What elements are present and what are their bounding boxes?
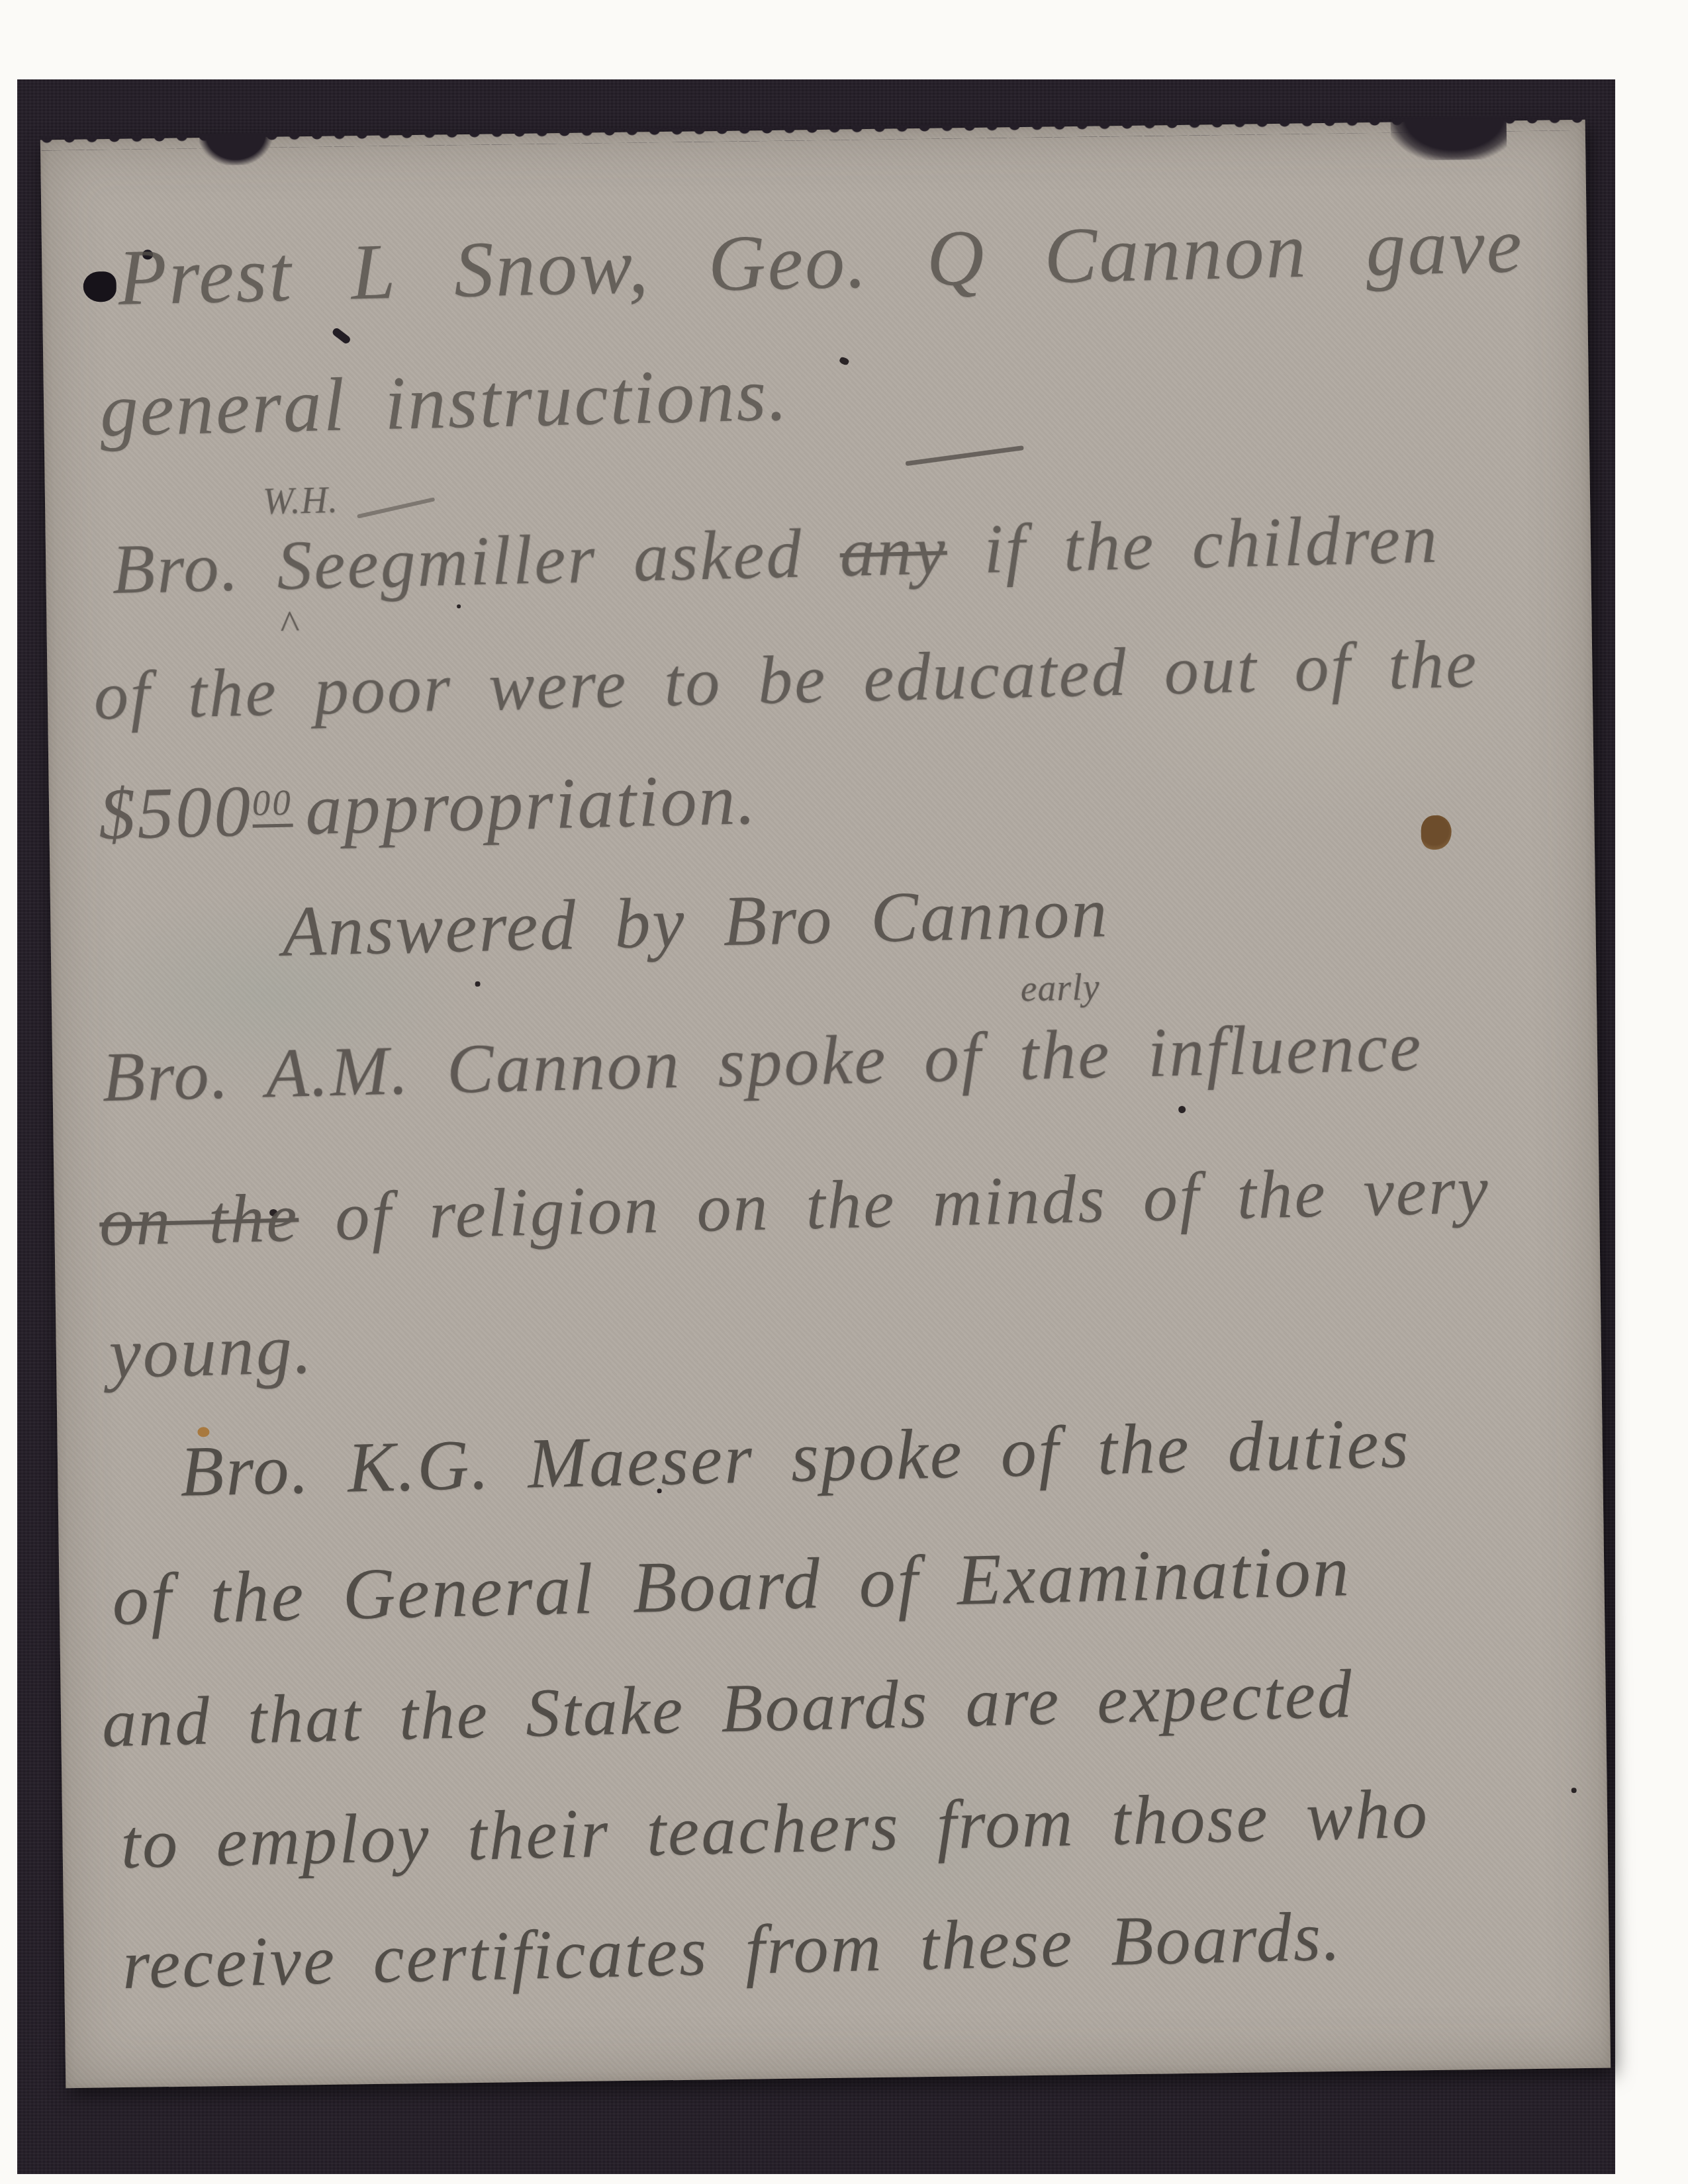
handwritten-line-14: receive certificates from these Boards.	[122, 1901, 1343, 2000]
line-3-name: Seegmiller asked	[276, 514, 804, 604]
paper-speck	[457, 604, 461, 608]
line-8-rest: of religion on the minds of the very	[334, 1152, 1491, 1255]
line-3-bro: Bro.	[111, 527, 241, 608]
paper-speck	[1571, 1788, 1577, 1793]
line-3-rest: if the children	[983, 500, 1440, 588]
ink-blot	[83, 271, 117, 302]
paper-speck	[839, 356, 850, 366]
line-7-rest: influence	[1147, 1007, 1423, 1091]
handwritten-line-5: $50000appropriation.	[98, 762, 758, 850]
handwritten-line-7: Bro. A.M. Cannon spoke of the early infl…	[101, 1011, 1423, 1113]
handwritten-line-8: on the of religion on the minds of the v…	[99, 1156, 1491, 1257]
pen-flourish-under-instructions	[906, 445, 1024, 466]
handwritten-line-1: Prest L Snow, Geo. Q Cannon gave	[117, 205, 1524, 318]
top-edge-ink-blotch	[199, 133, 273, 165]
ink-dash-mark	[331, 327, 352, 345]
insertion-caret: ^	[280, 604, 303, 646]
line-5-rest: appropriation.	[305, 758, 758, 850]
handwritten-line-11: of the General Board of Examination	[111, 1534, 1352, 1636]
inserted-initials-wh: W.H.	[262, 482, 338, 521]
black-mat-backing: Prest L Snow, Geo. Q Cannon gave general…	[17, 79, 1615, 2174]
struck-out-words: on the	[99, 1179, 300, 1260]
handwritten-line-9: young.	[109, 1314, 314, 1390]
paper-speck	[475, 981, 481, 987]
dollar-amount: $500	[98, 770, 254, 854]
inserted-word-early: early	[1020, 969, 1100, 1008]
handwritten-line-12: and that the Stake Boards are expected	[101, 1660, 1354, 1758]
cents-superscript: 00	[252, 782, 293, 827]
struck-out-word: any	[839, 511, 948, 591]
stray-pen-stroke	[357, 497, 435, 518]
handwritten-line-3: W.H. ^ Bro. Seegmiller asked any if the …	[111, 504, 1440, 605]
handwritten-line-10: Bro. K.G. Maeser spoke of the duties	[179, 1408, 1411, 1508]
handwritten-line-6: Answered by Bro Cannon	[281, 877, 1109, 968]
line-7-start: Bro. A.M. Cannon spoke of the	[101, 1015, 1112, 1116]
handwritten-line-13: to employ their teachers from those who	[120, 1778, 1430, 1880]
paper-speck	[1178, 1106, 1186, 1113]
top-edge-ink-blotch	[1391, 115, 1507, 160]
handwritten-note-paper: Prest L Snow, Geo. Q Cannon gave general…	[40, 120, 1611, 2088]
brown-stain-spot	[1421, 815, 1452, 850]
handwritten-line-2: general instructions.	[99, 356, 790, 448]
